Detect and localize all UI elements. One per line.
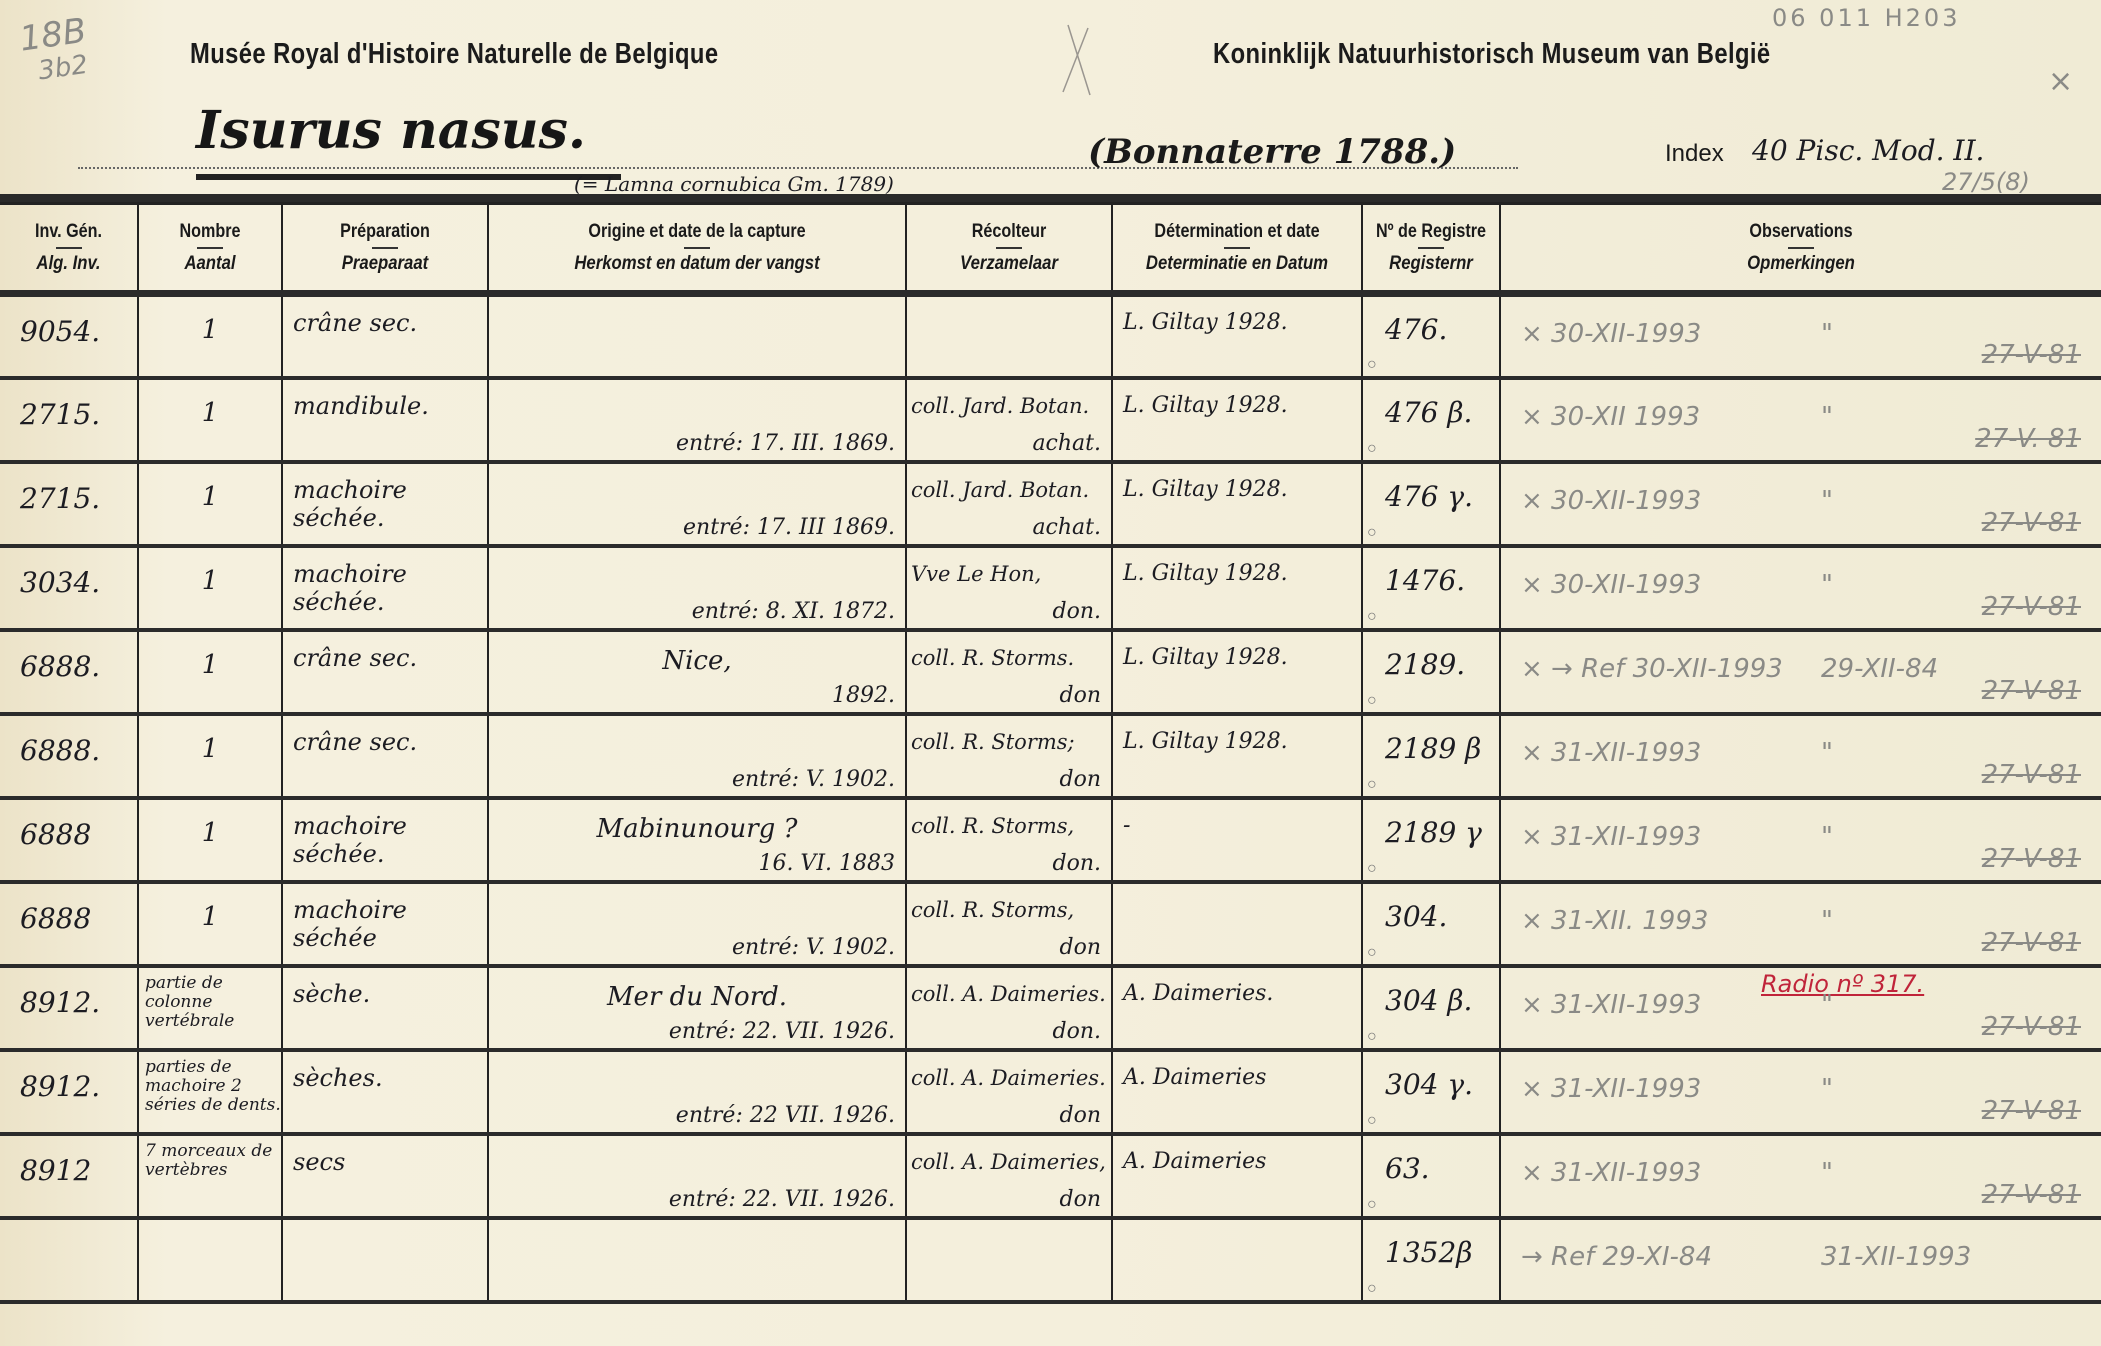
radio-note: Radio nº 317.	[1761, 970, 1924, 998]
cell-preparation: secs	[282, 1134, 488, 1218]
register-number: 63.	[1363, 1136, 1499, 1185]
cell-observations: × 31-XII-1993 " 27-V-81	[1500, 1134, 2101, 1218]
cell-observations: × 31-XII-1993 " 27-V-81	[1500, 798, 2101, 882]
col-header-divider	[996, 247, 1022, 249]
collector: coll. A. Daimeries.	[907, 968, 1111, 1008]
determination: L. Giltay 1928.	[1113, 716, 1361, 756]
count: 1	[139, 548, 281, 596]
cell-nombre: 1	[138, 882, 282, 966]
cell-recolteur: coll. A. Daimeries.don	[906, 1050, 1112, 1134]
determination: L. Giltay 1928.	[1113, 297, 1361, 337]
inv-number: 6888.	[0, 716, 137, 767]
acquisition-type: achat.	[1032, 431, 1101, 456]
cell-registre: 476 γ.○	[1362, 462, 1500, 546]
inv-number: 6888	[0, 884, 137, 935]
cell-determination: L. Giltay 1928.	[1112, 630, 1362, 714]
observation-ditto: 31-XII-1993	[1821, 1242, 1971, 1272]
col-header-determination: Détermination et dateDeterminatie en Dat…	[1112, 204, 1362, 294]
origin-date: entré: V. 1902.	[732, 767, 895, 792]
col-header-fr: Inv. Gén.	[10, 221, 126, 243]
collector: coll. R. Storms;	[907, 716, 1111, 756]
col-header-fr: Détermination et date	[1132, 221, 1343, 243]
cell-origine: entré: 22 VII. 1926.	[488, 1050, 906, 1134]
col-header-divider	[372, 247, 398, 249]
cell-registre: 476.○	[1362, 294, 1500, 378]
cell-preparation: machoire séchée.	[282, 462, 488, 546]
table-row: 2715. 1 machoire séchée. entré: 17. III …	[0, 462, 2101, 546]
observation-ditto: "	[1821, 1074, 1833, 1104]
inv-number: 6888.	[0, 632, 137, 683]
determination: L. Giltay 1928.	[1113, 548, 1361, 588]
collector: coll. A. Daimeries.	[907, 1052, 1111, 1092]
species-name: Isurus nasus.	[196, 100, 586, 161]
cell-origine: entré: V. 1902.	[488, 714, 906, 798]
cell-preparation: sèche.	[282, 966, 488, 1050]
cell-inv: 2715.	[0, 378, 138, 462]
col-header-fr: Nombre	[150, 221, 271, 243]
origin-date: 1892.	[832, 683, 895, 708]
cell-nombre: 7 morceaux de vertèbres	[138, 1134, 282, 1218]
cell-recolteur: coll. R. Storms,don	[906, 882, 1112, 966]
acquisition-type: don	[1060, 935, 1102, 960]
col-header-divider	[1224, 247, 1250, 249]
cell-preparation: machoire séchée	[282, 882, 488, 966]
cell-inv: 8912.	[0, 1050, 138, 1134]
acquisition-type: don	[1060, 683, 1102, 708]
cell-inv: 9054.	[0, 294, 138, 378]
origin-place	[489, 716, 905, 730]
species-underline	[196, 174, 621, 180]
observation-struck-date: 27-V-81	[1982, 1012, 2081, 1042]
cell-recolteur	[906, 294, 1112, 378]
observation-date: × 31-XII. 1993	[1521, 906, 1708, 936]
index-label: Index	[1665, 140, 1724, 168]
cell-observations: × 31-XII-1993 " 27-V-81	[1500, 714, 2101, 798]
cell-determination: L. Giltay 1928.	[1112, 378, 1362, 462]
cell-origine: entré: 8. XI. 1872.	[488, 546, 906, 630]
observation-struck-date: 27-V. 81	[1975, 424, 2081, 454]
observation-date: × 30-XII-1993	[1521, 486, 1701, 516]
col-header-divider	[684, 247, 710, 249]
pencil-cross-mark-icon	[1058, 20, 1118, 100]
preparation: machoire séchée.	[283, 548, 487, 616]
cell-observations: × → Ref 30-XII-1993 29-XII-84 27-V-81	[1500, 630, 2101, 714]
register-number: 1476.	[1363, 548, 1499, 597]
col-header-divider	[197, 247, 223, 249]
origin-place	[489, 297, 905, 311]
table-row: 1352β○ → Ref 29-XI-84 31-XII-1993	[0, 1218, 2101, 1302]
observation-date: × 31-XII-1993	[1521, 738, 1701, 768]
observation-date: × 31-XII-1993	[1521, 822, 1701, 852]
col-header-divider	[1418, 247, 1444, 249]
col-header-fr: Observations	[1546, 221, 2056, 243]
collector: coll. Jard. Botan.	[907, 464, 1111, 504]
cell-preparation: crâne sec.	[282, 714, 488, 798]
col-header-divider	[56, 247, 82, 249]
cell-registre: 63.○	[1362, 1134, 1500, 1218]
cell-registre: 1352β○	[1362, 1218, 1500, 1302]
origin-place	[489, 1052, 905, 1066]
origin-place	[489, 548, 905, 562]
cell-recolteur: coll. Jard. Botan.achat.	[906, 378, 1112, 462]
count: parties de machoire 2 séries de dents.	[139, 1052, 281, 1115]
observation-ditto: "	[1821, 990, 1833, 1020]
observation-struck-date: 27-V-81	[1982, 592, 2081, 622]
observation-struck-date: 27-V-81	[1982, 928, 2081, 958]
cell-origine: entré: 22. VII. 1926.	[488, 1134, 906, 1218]
collector: coll. Jard. Botan.	[907, 380, 1111, 420]
observation-date: × 30-XII 1993	[1521, 402, 1700, 432]
cell-observations: × 30-XII 1993 " 27-V. 81	[1500, 378, 2101, 462]
catalog-number-note: 06 011 H203	[1772, 4, 1960, 32]
table-row: 9054. 1 crâne sec. L. Giltay 1928. 476.○…	[0, 294, 2101, 378]
observation-date: × 30-XII-1993	[1521, 570, 1701, 600]
preparation: secs	[283, 1136, 487, 1176]
observation-struck-date: 27-V-81	[1982, 1180, 2081, 1210]
observation-date: → Ref 29-XI-84	[1521, 1242, 1712, 1272]
collector	[907, 297, 1111, 309]
col-header-divider	[1788, 247, 1814, 249]
cell-preparation: machoire séchée.	[282, 798, 488, 882]
register-number: 1352β	[1363, 1220, 1499, 1269]
cell-recolteur	[906, 1218, 1112, 1302]
preparation: crâne sec.	[283, 632, 487, 672]
cell-preparation: mandibule.	[282, 378, 488, 462]
observation-date: × 31-XII-1993	[1521, 1158, 1701, 1188]
cell-nombre: 1	[138, 798, 282, 882]
count: 7 morceaux de vertèbres	[139, 1136, 281, 1180]
count: 1	[139, 800, 281, 848]
cell-registre: 476 β.○	[1362, 378, 1500, 462]
cell-origine: Nice,1892.	[488, 630, 906, 714]
index-value: 40 Pisc. Mod. II.	[1752, 134, 1984, 167]
cell-preparation: sèches.	[282, 1050, 488, 1134]
inv-number: 2715.	[0, 380, 137, 431]
cell-registre: 2189 γ○	[1362, 798, 1500, 882]
register-number: 2189 β	[1363, 716, 1499, 765]
col-header-nl: Aantal	[148, 253, 273, 275]
observation-ditto: "	[1821, 319, 1833, 349]
cell-observations: × 30-XII-1993 " 27-V-81	[1500, 294, 2101, 378]
origin-place	[489, 1220, 905, 1234]
register-number: 476 γ.	[1363, 464, 1499, 513]
col-header-inv: Inv. Gén.Alg. Inv.	[0, 204, 138, 294]
count: 1	[139, 297, 281, 345]
cell-origine	[488, 1218, 906, 1302]
cell-inv: 2715.	[0, 462, 138, 546]
cell-determination: L. Giltay 1928.	[1112, 462, 1362, 546]
observation-ditto: "	[1821, 570, 1833, 600]
register-number: 304 γ.	[1363, 1052, 1499, 1101]
acquisition-type: don	[1060, 767, 1102, 792]
cell-determination: L. Giltay 1928.	[1112, 714, 1362, 798]
cell-inv: 8912.	[0, 966, 138, 1050]
count: 1	[139, 380, 281, 428]
col-header-origine: Origine et date de la captureHerkomst en…	[488, 204, 906, 294]
origin-date: entré: 17. III 1869.	[683, 515, 895, 540]
register-number: 304 β.	[1363, 968, 1499, 1017]
cell-origine: Mabinunourg ?16. VI. 1883	[488, 798, 906, 882]
cell-nombre: 1	[138, 378, 282, 462]
circle-mark-icon: ○	[1367, 776, 1377, 794]
determination: -	[1113, 800, 1361, 840]
cell-determination: A. Daimeries.	[1112, 966, 1362, 1050]
inv-number: 2715.	[0, 464, 137, 515]
cell-origine: Mer du Nord.entré: 22. VII. 1926.	[488, 966, 906, 1050]
cell-nombre: 1	[138, 462, 282, 546]
inv-number: 9054.	[0, 297, 137, 348]
origin-date: entré: 17. III. 1869.	[676, 431, 895, 456]
cell-inv: 6888	[0, 798, 138, 882]
circle-mark-icon: ○	[1367, 1112, 1377, 1130]
cell-registre: 2189 β○	[1362, 714, 1500, 798]
determination: A. Daimeries	[1113, 1136, 1361, 1176]
col-header-nl: Verzamelaar	[919, 253, 1099, 275]
cell-preparation	[282, 1218, 488, 1302]
table-row: 8912 7 morceaux de vertèbres secs entré:…	[0, 1134, 2101, 1218]
count: 1	[139, 716, 281, 764]
cell-determination: L. Giltay 1928.	[1112, 546, 1362, 630]
cell-inv: 3034.	[0, 546, 138, 630]
determination: L. Giltay 1928.	[1113, 464, 1361, 504]
col-header-nl: Opmerkingen	[1537, 253, 2065, 275]
table-row: 6888 1 machoire séchée entré: V. 1902. c…	[0, 882, 2101, 966]
preparation: crâne sec.	[283, 716, 487, 756]
table-row: 2715. 1 mandibule. entré: 17. III. 1869.…	[0, 378, 2101, 462]
observation-date: × 30-XII-1993	[1521, 319, 1701, 349]
origin-place	[489, 884, 905, 898]
origin-place: Nice,	[489, 632, 905, 676]
circle-mark-icon: ○	[1367, 356, 1377, 374]
col-header-nl: Determinatie en Datum	[1128, 253, 1346, 275]
cell-registre: 304 β.○	[1362, 966, 1500, 1050]
table-row: 6888. 1 crâne sec. entré: V. 1902. coll.…	[0, 714, 2101, 798]
cell-recolteur: coll. R. Storms,don.	[906, 798, 1112, 882]
collector: coll. R. Storms.	[907, 632, 1111, 672]
cell-nombre: 1	[138, 630, 282, 714]
col-header-recolteur: RécolteurVerzamelaar	[906, 204, 1112, 294]
table-row: 8912. parties de machoire 2 séries de de…	[0, 1050, 2101, 1134]
origin-date: entré: 22. VII. 1926.	[669, 1019, 895, 1044]
cell-determination: -	[1112, 798, 1362, 882]
origin-date: entré: 8. XI. 1872.	[692, 599, 895, 624]
inv-number: 8912.	[0, 968, 137, 1019]
cell-recolteur: Vve Le Hon,don.	[906, 546, 1112, 630]
observation-date: × 31-XII-1993	[1521, 990, 1701, 1020]
col-header-fr: Origine et date de la capture	[520, 221, 874, 243]
observation-struck-date: 27-V-81	[1982, 508, 2081, 538]
col-header-registre: Nº de RegistreRegisternr	[1362, 204, 1500, 294]
cell-preparation: machoire séchée.	[282, 546, 488, 630]
observation-ditto: "	[1821, 822, 1833, 852]
circle-mark-icon: ○	[1367, 524, 1377, 542]
preparation	[283, 1220, 487, 1232]
inv-number: 8912	[0, 1136, 137, 1187]
origin-place: Mer du Nord.	[489, 968, 905, 1012]
register-number: 476 β.	[1363, 380, 1499, 429]
cell-observations: × 31-XII. 1993 " 27-V-81	[1500, 882, 2101, 966]
cell-determination	[1112, 1218, 1362, 1302]
circle-mark-icon: ○	[1367, 1280, 1377, 1298]
cell-origine: entré: 17. III 1869.	[488, 462, 906, 546]
count: partie de colonne vertébrale	[139, 968, 281, 1031]
circle-mark-icon: ○	[1367, 860, 1377, 878]
count: 1	[139, 464, 281, 512]
table-row: 6888. 1 crâne sec. Nice,1892. coll. R. S…	[0, 630, 2101, 714]
cell-recolteur: coll. A. Daimeries,don	[906, 1134, 1112, 1218]
cell-recolteur: coll. A. Daimeries.don.	[906, 966, 1112, 1050]
species-author: (Bonnaterre 1788.)	[1088, 132, 1456, 172]
origin-date: entré: V. 1902.	[732, 935, 895, 960]
register-number: 2189.	[1363, 632, 1499, 681]
preparation: sèche.	[283, 968, 487, 1008]
preparation: crâne sec.	[283, 297, 487, 337]
col-header-nombre: NombreAantal	[138, 204, 282, 294]
observation-ditto: "	[1821, 402, 1833, 432]
circle-mark-icon: ○	[1367, 1196, 1377, 1214]
preparation: mandibule.	[283, 380, 487, 420]
circle-mark-icon: ○	[1367, 440, 1377, 458]
origin-place: Mabinunourg ?	[489, 800, 905, 844]
corner-note-left: 18B 3b2	[18, 14, 93, 91]
cell-registre: 2189.○	[1362, 630, 1500, 714]
observation-ditto: 29-XII-84	[1821, 654, 1938, 684]
observation-struck-date: 27-V-81	[1982, 1096, 2081, 1126]
cell-observations: Radio nº 317. × 31-XII-1993 " 27-V-81	[1500, 966, 2101, 1050]
determination: A. Daimeries.	[1113, 968, 1361, 1008]
cell-recolteur: coll. Jard. Botan.achat.	[906, 462, 1112, 546]
observation-ditto: "	[1821, 906, 1833, 936]
cell-inv	[0, 1218, 138, 1302]
count: 1	[139, 632, 281, 680]
index-note: 27/5(8)	[1942, 168, 2030, 196]
cell-nombre: 1	[138, 294, 282, 378]
origin-date: 16. VI. 1883	[758, 851, 895, 876]
observation-ditto: "	[1821, 486, 1833, 516]
cell-determination: A. Daimeries	[1112, 1134, 1362, 1218]
determination: A. Daimeries	[1113, 1052, 1361, 1092]
cell-observations: × 31-XII-1993 " 27-V-81	[1500, 1050, 2101, 1134]
cell-nombre: partie de colonne vertébrale	[138, 966, 282, 1050]
cell-origine: entré: V. 1902.	[488, 882, 906, 966]
determination: L. Giltay 1928.	[1113, 632, 1361, 672]
inv-number: 6888	[0, 800, 137, 851]
observation-struck-date: 27-V-81	[1982, 844, 2081, 874]
register-table: Inv. Gén.Alg. Inv. NombreAantal Préparat…	[0, 202, 2101, 1304]
inv-number: 8912.	[0, 1052, 137, 1103]
col-header-fr: Récolteur	[922, 221, 1095, 243]
cell-origine	[488, 294, 906, 378]
cell-inv: 8912	[0, 1134, 138, 1218]
register-number: 2189 γ	[1363, 800, 1499, 849]
count	[139, 1220, 281, 1238]
cell-registre: 304 γ.○	[1362, 1050, 1500, 1134]
preparation: sèches.	[283, 1052, 487, 1092]
cell-registre: 1476.○	[1362, 546, 1500, 630]
cell-nombre: 1	[138, 714, 282, 798]
count: 1	[139, 884, 281, 932]
cell-determination: L. Giltay 1928.	[1112, 294, 1362, 378]
col-header-fr: Préparation	[298, 221, 471, 243]
table-header-row: Inv. Gén.Alg. Inv. NombreAantal Préparat…	[0, 204, 2101, 294]
preparation: machoire séchée.	[283, 464, 487, 532]
cell-nombre: parties de machoire 2 séries de dents.	[138, 1050, 282, 1134]
table-row: 3034. 1 machoire séchée. entré: 8. XI. 1…	[0, 546, 2101, 630]
acquisition-type: don.	[1053, 1019, 1102, 1044]
cell-nombre: 1	[138, 546, 282, 630]
cell-preparation: crâne sec.	[282, 630, 488, 714]
x-mark-icon: ×	[2048, 64, 2073, 99]
origin-place	[489, 464, 905, 478]
acquisition-type: achat.	[1032, 515, 1101, 540]
col-header-observations: ObservationsOpmerkingen	[1500, 204, 2101, 294]
collector: coll. R. Storms,	[907, 884, 1111, 924]
cell-origine: entré: 17. III. 1869.	[488, 378, 906, 462]
col-header-nl: Alg. Inv.	[8, 253, 129, 275]
cell-inv: 6888.	[0, 630, 138, 714]
museum-title-fr: Musée Royal d'Histoire Naturelle de Belg…	[190, 38, 718, 71]
origin-date: entré: 22 VII. 1926.	[676, 1103, 895, 1128]
cell-observations: × 30-XII-1993 " 27-V-81	[1500, 546, 2101, 630]
origin-place	[489, 1136, 905, 1150]
preparation: machoire séchée.	[283, 800, 487, 868]
cell-recolteur: coll. R. Storms.don	[906, 630, 1112, 714]
observation-date: × → Ref 30-XII-1993	[1521, 654, 1783, 684]
col-header-preparation: PréparationPraeparaat	[282, 204, 488, 294]
observation-ditto: "	[1821, 1158, 1833, 1188]
cell-inv: 6888.	[0, 714, 138, 798]
acquisition-type: don.	[1053, 599, 1102, 624]
inv-number: 3034.	[0, 548, 137, 599]
determination	[1113, 884, 1361, 896]
collector: coll. R. Storms,	[907, 800, 1111, 840]
acquisition-type: don	[1060, 1103, 1102, 1128]
table-row: 6888 1 machoire séchée. Mabinunourg ?16.…	[0, 798, 2101, 882]
synonym-note: (= Lamna cornubica Gm. 1789)	[574, 172, 894, 196]
acquisition-type: don	[1060, 1187, 1102, 1212]
cell-registre: 304.○	[1362, 882, 1500, 966]
collector: coll. A. Daimeries,	[907, 1136, 1111, 1176]
preparation: machoire séchée	[283, 884, 487, 952]
observation-struck-date: 27-V-81	[1982, 760, 2081, 790]
cell-nombre	[138, 1218, 282, 1302]
acquisition-type: don.	[1053, 851, 1102, 876]
observation-struck-date: 27-V-81	[1982, 340, 2081, 370]
observation-ditto: "	[1821, 738, 1833, 768]
determination	[1113, 1220, 1361, 1232]
col-header-fr: Nº de Registre	[1373, 221, 1489, 243]
collector	[907, 1220, 1111, 1232]
circle-mark-icon: ○	[1367, 1028, 1377, 1046]
cell-recolteur: coll. R. Storms;don	[906, 714, 1112, 798]
register-number: 476.	[1363, 297, 1499, 346]
inv-number	[0, 1220, 137, 1238]
observation-struck-date: 27-V-81	[1982, 676, 2081, 706]
cell-observations: × 30-XII-1993 " 27-V-81	[1500, 462, 2101, 546]
register-number: 304.	[1363, 884, 1499, 933]
col-header-nl: Herkomst en datum der vangst	[514, 253, 880, 275]
collector: Vve Le Hon,	[907, 548, 1111, 588]
cell-determination: A. Daimeries	[1112, 1050, 1362, 1134]
cell-determination	[1112, 882, 1362, 966]
col-header-nl: Registernr	[1371, 253, 1491, 275]
table-row: 8912. partie de colonne vertébrale sèche…	[0, 966, 2101, 1050]
circle-mark-icon: ○	[1367, 608, 1377, 626]
origin-place	[489, 380, 905, 394]
observation-date: × 31-XII-1993	[1521, 1074, 1701, 1104]
circle-mark-icon: ○	[1367, 944, 1377, 962]
cell-preparation: crâne sec.	[282, 294, 488, 378]
